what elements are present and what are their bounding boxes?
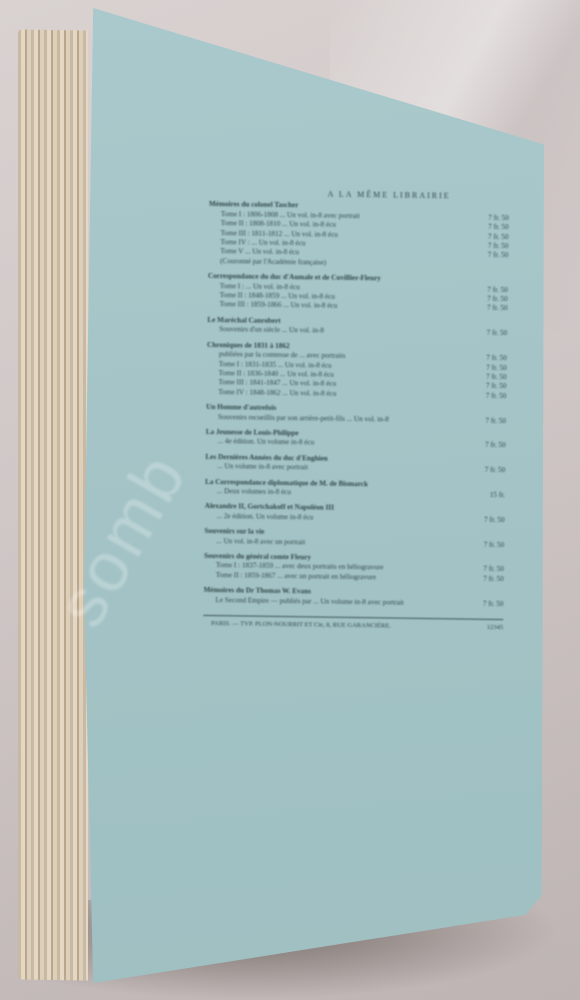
list-item: Les Dernières Années du duc d'Enghien...… (205, 453, 505, 476)
price: 7 fr. 50 (483, 565, 504, 575)
publisher-list: A LA MÊME LIBRAIRIE Mémoires du colonel … (201, 188, 509, 792)
price: 7 fr. 50 (487, 329, 508, 339)
list-item: La Correspondance diplomatique de M. de … (205, 477, 505, 500)
list-item: Mémoires du colonel TascherTome I : 1806… (208, 200, 509, 270)
price: 7 fr. 50 (488, 242, 509, 252)
list-item: Le Maréchal CanrobertSouvenirs d'un sièc… (207, 316, 507, 339)
price: 7 fr. 50 (485, 466, 506, 476)
price: 7 fr. 50 (488, 214, 509, 224)
list-item: Souvenirs du général comte FleuryTome I … (204, 552, 504, 584)
detail-text: ... Deux volumes in-8 écu (217, 487, 291, 497)
list-entries: Mémoires du colonel TascherTome I : 1806… (203, 200, 509, 609)
price: 7 fr. 50 (484, 516, 505, 526)
detail-text: Tome III : 1859-1866 ... Un vol. in-8 éc… (220, 301, 338, 312)
price: 7 fr. 50 (486, 382, 507, 392)
price: 7 fr. 50 (486, 373, 507, 383)
price: 7 fr. 50 (488, 251, 509, 261)
list-item: Alexandre II, Gortchakoff et Napoléon II… (205, 502, 505, 525)
price: 7 fr. 50 (483, 599, 504, 609)
printer-footer: PARIS. — TYP. PLON-NOURRIT ET Cie, 8, RU… (203, 619, 503, 633)
price: 7 fr. 50 (485, 441, 506, 451)
book-page-edges (18, 29, 88, 980)
list-item: Souvenirs sur la vie... Un vol. in-8 ave… (204, 527, 504, 550)
detail-text: Souvenirs d'un siècle ... Un vol. in-8 (219, 325, 324, 336)
detail-text: Souvenirs recueillis par son arrière-pet… (218, 413, 389, 425)
price: 15 fr. (490, 491, 505, 501)
detail-text: (Couronné par l'Académie française) (220, 257, 326, 268)
price: 7 fr. 50 (485, 416, 506, 426)
price: 7 fr. 50 (483, 575, 504, 585)
list-item: Chroniques de 1831 à 1862publiées par la… (206, 341, 507, 402)
detail-text: Tome II : 1859-1867 ... avec un portrait… (216, 571, 376, 583)
printer-number: 12345 (487, 623, 503, 633)
price: 7 fr. 50 (488, 232, 509, 242)
price: 7 fr. 50 (486, 354, 507, 364)
detail-text: Le Second Empire — publiés par ... Un vo… (215, 596, 404, 608)
price: 7 fr. 50 (487, 304, 508, 314)
list-item: Correspondance du duc d'Aumale et de Cuv… (208, 272, 508, 314)
list-item: La Jeunesse de Louis-Philippe... 4e édit… (206, 428, 506, 451)
price: 7 fr. 50 (486, 363, 507, 373)
price: 7 fr. 50 (486, 392, 507, 402)
price: 7 fr. 50 (487, 285, 508, 295)
detail-text: Tome IV : 1848-1862 ... Un vol. in-8 écu (218, 388, 336, 399)
detail-text: ... Un volume in-8 avec portrait (217, 462, 308, 473)
price: 7 fr. 50 (484, 540, 505, 550)
printer-name: PARIS. — TYP. PLON-NOURRIT ET Cie, 8, RU… (211, 619, 391, 631)
detail-text: ... 2e édition. Un volume in-8 écu (217, 512, 314, 523)
price: 7 fr. 50 (487, 295, 508, 305)
list-item: Un Homme d'autrefoisSouvenirs recueillis… (206, 403, 506, 426)
list-item: Mémoires du Dr Thomas W. EvansLe Second … (203, 586, 503, 609)
price: 7 fr. 50 (488, 223, 509, 233)
detail-text: ... 4e édition. Un volume in-8 écu (218, 437, 315, 448)
list-header: A LA MÊME LIBRAIRIE (269, 189, 509, 202)
detail-text: ... Un vol. in-8 avec un portrait (216, 537, 305, 548)
